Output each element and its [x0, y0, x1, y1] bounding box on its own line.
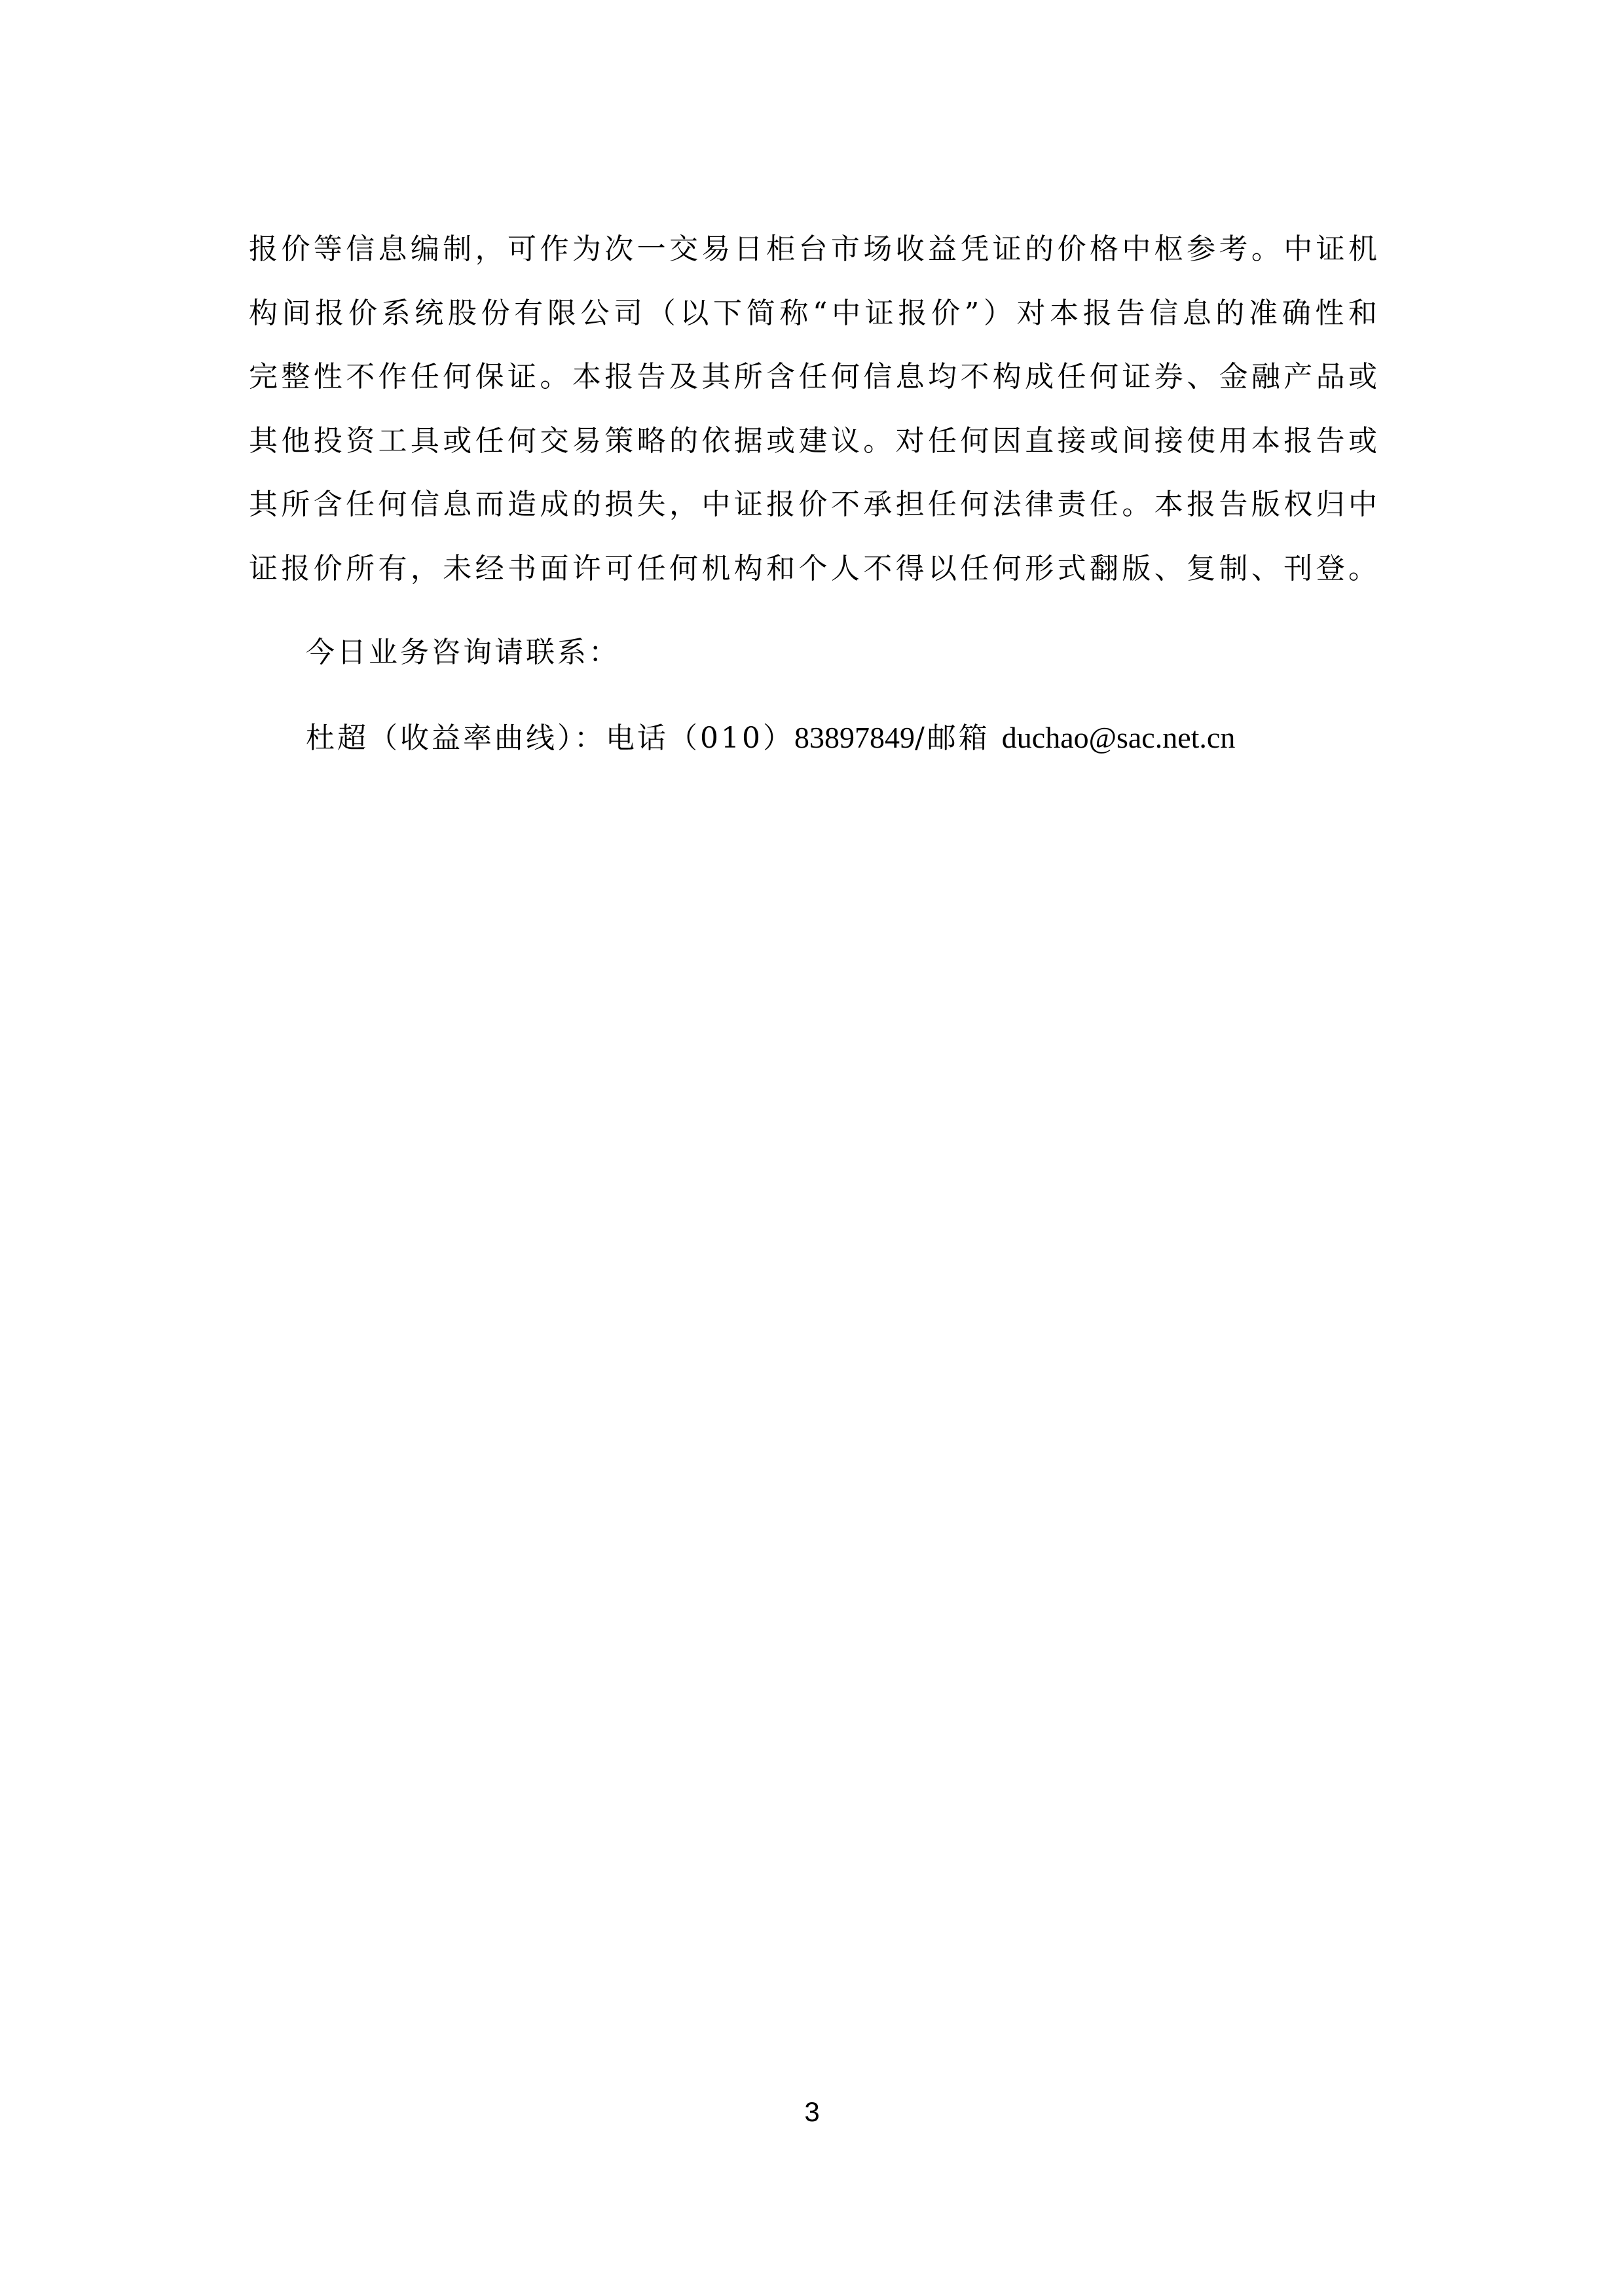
disclaimer-line: 其所含任何信息而造成的损失，中证报价不承担任何法律责任。本报告版权归中: [249, 473, 1378, 537]
disclaimer-line: 完整性不作任何保证。本报告及其所含任何信息均不构成任何证券、金融产品或: [249, 345, 1378, 409]
disclaimer-line: 证报价所有，未经书面许可任何机构和个人不得以任何形式翻版、复制、刊登。: [249, 537, 1378, 601]
document-page: 报价等信息编制，可作为次一交易日柜台市场收益凭证的价格中枢参考。中证机 构间报价…: [0, 0, 1624, 2296]
contact-person-prefix: 杜超（收益率曲线）：电话（010）: [306, 721, 794, 755]
disclaimer-line: 报价等信息编制，可作为次一交易日柜台市场收益凭证的价格中枢参考。中证机: [249, 217, 1378, 282]
disclaimer-line: 构间报价系统股份有限公司（以下简称“中证报价”）对本报告信息的准确性和: [249, 282, 1378, 346]
contact-email-link[interactable]: duchao@sac.net.cn: [1002, 721, 1236, 754]
page-number: 3: [0, 2092, 1624, 2132]
contact-email-label: /邮箱: [915, 721, 1002, 755]
contact-phone: 83897849: [794, 721, 915, 754]
contact-heading: 今日业务咨询请联系：: [306, 621, 1419, 685]
contact-person-line: 杜超（收益率曲线）：电话（010）83897849/邮箱 duchao@sac.…: [306, 706, 1419, 770]
disclaimer-line: 其他投资工具或任何交易策略的依据或建议。对任何因直接或间接使用本报告或: [249, 409, 1378, 473]
disclaimer-paragraph: 报价等信息编制，可作为次一交易日柜台市场收益凭证的价格中枢参考。中证机 构间报价…: [249, 217, 1378, 600]
